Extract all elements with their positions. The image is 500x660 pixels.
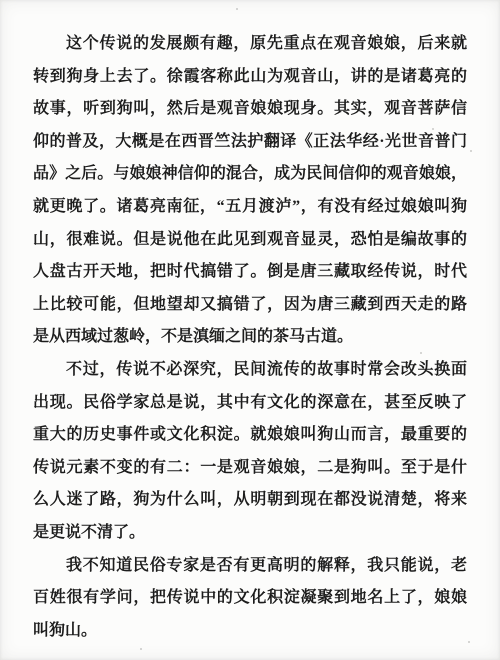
scan-speck — [470, 150, 472, 152]
text-line: 故事，听到狗叫，然后是观音娘娘现身。其实，观音菩萨信 — [33, 93, 467, 126]
text-block: 这个传说的发展颇有趣，原先重点在观音娘娘，后来就转到狗身上去了。徐霞客称此山为观… — [33, 28, 467, 647]
text-line: 山，很难说。但是说他在此见到观音显灵，恐怕是编故事的 — [33, 224, 467, 257]
text-line: 我不知道民俗专家是否有更高明的解释，我只能说，老 — [33, 550, 467, 583]
text-line: 不过，传说不必深究，民间流传的故事时常会改头换面 — [33, 354, 467, 387]
text-line: 就更晚了。诸葛亮南征，“五月渡泸”，有没有经过娘娘叫狗 — [33, 191, 467, 224]
scan-speck — [236, 8, 238, 10]
text-line: 叫狗山。 — [33, 615, 467, 648]
text-line: 是更说不清了。 — [33, 517, 467, 550]
text-line: 转到狗身上去了。徐霞客称此山为观音山，讲的是诸葛亮的 — [33, 61, 467, 94]
scan-speck — [468, 641, 470, 643]
book-page: 这个传说的发展颇有趣，原先重点在观音娘娘，后来就转到狗身上去了。徐霞客称此山为观… — [0, 0, 500, 660]
text-line: 上比较可能，但地望却又搞错了，因为唐三藏到西天走的路 — [33, 289, 467, 322]
text-line: 这个传说的发展颇有趣，原先重点在观音娘娘，后来就 — [33, 28, 467, 61]
text-line: 么人迷了路，狗为什么叫，从明朝到现在都没说清楚，将来 — [33, 484, 467, 517]
scan-speck — [140, 648, 142, 650]
text-line: 传说元素不变的有二：一是观音娘娘，二是狗叫。至于是什 — [33, 452, 467, 485]
text-line: 仰的普及，大概是在西晋竺法护翻译《正法华经·光世音普门 — [33, 126, 467, 159]
text-line: 是从西域过葱岭，不是滇缅之间的茶马古道。 — [33, 321, 467, 354]
text-line: 人盘古开天地，把时代搞错了。倒是唐三藏取经传说，时代 — [33, 256, 467, 289]
text-line: 重大的历史事件或文化积淀。就娘娘叫狗山而言，最重要的 — [33, 419, 467, 452]
text-line: 百姓很有学问，把传说中的文化积淀凝聚到地名上了，娘娘 — [33, 582, 467, 615]
text-line: 品》之后。与娘娘神信仰的混合，成为民间信仰的观音娘娘， — [33, 158, 467, 191]
text-line: 出现。民俗学家总是说，其中有文化的深意在，甚至反映了 — [33, 387, 467, 420]
